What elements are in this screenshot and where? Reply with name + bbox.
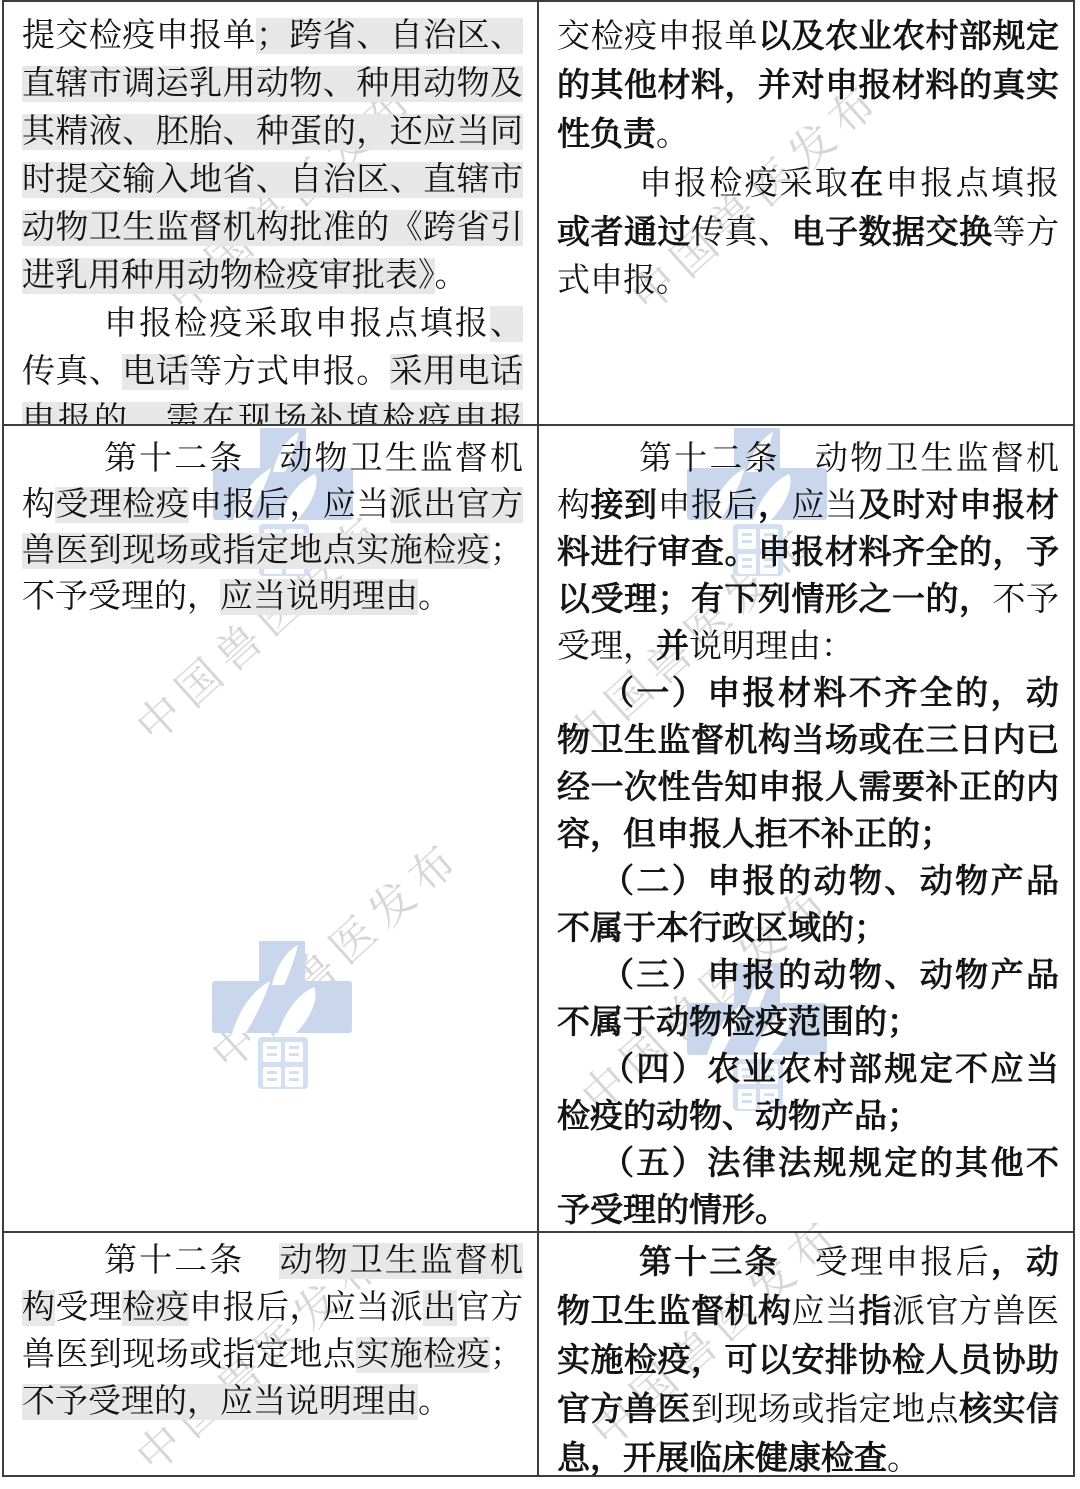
text-run: 应当 [792,488,859,524]
paragraph: 第十三条 受理申报后，动物卫生监督机构应当指派官方兽医实施检疫，可以安排协检人员… [557,1238,1059,1475]
revised-bold-text: 或者通过 [557,213,691,250]
highlighted-text: 电话 [122,354,189,390]
revised-bold-text: （三）申报的动物、动物产品不属于动物检疫范围的； [557,956,1059,1040]
text-run: 提交检疫申报单 [22,18,256,54]
text-run: 。 [887,1441,920,1475]
text-run: 。 [418,579,451,615]
revised-bold-text: 并 [656,627,689,664]
highlighted-text: 不予受理的，应当说明理由 [22,1384,418,1420]
table-cell-new-text-row3: 第十三条 受理申报后，动物卫生监督机构应当指派官方兽医实施检疫，可以安排协检人员… [539,1233,1073,1475]
text-run: ； [490,1337,523,1373]
revised-bold-text: （五）法律法规规定的其他不予受理的情形。 [557,1144,1059,1228]
table-cell-new-text-row1: 交检疫申报单以及农业农村部规定的其他材料，并对申报材料的真实性负责。申报检疫采取… [539,2,1073,426]
table-cell-old-text-row3: 第十二条 动物卫生监督机构受理检疫申报后，应当派出官方兽医到现场或指定地点实施检… [4,1233,539,1475]
revised-bold-text: 接到 [591,486,658,523]
table-cell-new-text-row2: 第十二条 动物卫生监督机构接到申报后，应当及时对申报材料进行审查。申报材料齐全的… [539,426,1073,1233]
text-run: 受理申报后 [780,1245,991,1281]
text-run: 传真、 [691,215,792,251]
paragraph: 第十二条 动物卫生监督机构接到申报后，应当及时对申报材料进行审查。申报材料齐全的… [557,436,1059,670]
text-run: 等方式申报。 [189,354,390,390]
revised-bold-text: （二）申报的动物、动物产品不属于本行政区域的； [557,862,1059,946]
revised-bold-text: （四）农业农村部规定不应当检疫的动物、动物产品； [557,1050,1059,1134]
text-run: 。 [418,1384,451,1420]
table-cell-old-text-row1: 提交检疫申报单；跨省、自治区、直辖市调运乳用动物、种用动物及其精液、胚胎、种蛋的… [4,2,539,426]
document-page: 中国兽医发布 中国兽医发布 中国兽医发布 中国兽医发布 中国兽医发布 中国兽医发… [0,0,1080,1489]
text-run: 交检疫申报单 [557,19,758,55]
text-run: 第十二条 [104,1243,279,1279]
highlighted-text: 应当说明理由 [220,579,418,615]
text-run: 申报点填报 [885,166,1059,202]
paragraph: （四）农业农村部规定不应当检疫的动物、动物产品； [557,1046,1059,1140]
highlighted-text: 检疫 [122,1290,189,1326]
highlighted-text: 实施检疫 [356,1337,490,1373]
text-run: 应当 [792,1294,859,1330]
text-run: 受理 [55,1290,122,1326]
highlighted-text: 出 [423,1290,456,1326]
paragraph: 申报检疫采取申报点填报、传真、电话等方式申报。采用电话申报的，需在现场补填检疫申… [22,300,523,426]
paragraph: （一）申报材料不齐全的，动物卫生监督机构当场或在三日内已经一次性告知申报人需要补… [557,670,1059,858]
revised-bold-text: （一）申报材料不齐全的，动物卫生监督机构当场或在三日内已经一次性告知申报人需要补… [557,674,1059,852]
highlighted-text: 、 [490,306,523,342]
revised-bold-text: 第十三条 [639,1243,780,1280]
text-run: 申报后，应当 [189,487,390,523]
paragraph: 第十二条 动物卫生监督机构受理检疫申报后，应当派出官方兽医到现场或指定地点实施检… [22,1238,523,1426]
text-run: 。 [435,258,468,294]
paragraph: 第十二条 动物卫生监督机构受理检疫申报后，应当派出官方兽医到现场或指定地点实施检… [22,436,523,620]
revised-bold-text: ， [758,486,792,523]
revised-bold-text: 电子数据交换 [792,213,993,250]
text-run: 申报检疫采取 [639,166,850,202]
text-run: 传真、 [22,354,122,390]
text-run: 到现场或指定地点 [691,1392,959,1428]
text-run: 说明理由： [689,629,854,665]
comparison-table: 提交检疫申报单；跨省、自治区、直辖市调运乳用动物、种用动物及其精液、胚胎、种蛋的… [2,0,1075,1477]
paragraph: （三）申报的动物、动物产品不属于动物检疫范围的； [557,952,1059,1046]
paragraph: 申报检疫采取在申报点填报或者通过传真、电子数据交换等方式申报。 [557,159,1059,305]
text-run: 派官方兽医 [892,1294,1059,1330]
paragraph: （二）申报的动物、动物产品不属于本行政区域的； [557,858,1059,952]
revised-bold-text: 指 [859,1292,893,1329]
text-run: 申报后，应当派 [189,1290,423,1326]
text-run: 。 [656,117,689,153]
text-run: 申报后 [658,488,759,524]
highlighted-text: ；跨省、自治区、直辖市调运乳用动物、种用动物及其精液、胚胎、种蛋的，还应当同时提… [22,18,523,294]
text-run: 申报检疫采取申报点填报 [104,306,490,342]
highlighted-text: 受理检疫 [55,487,189,523]
revised-bold-text: 在 [850,164,885,201]
paragraph: （五）法律法规规定的其他不予受理的情形。 [557,1140,1059,1233]
table-cell-old-text-row2: 第十二条 动物卫生监督机构受理检疫申报后，应当派出官方兽医到现场或指定地点实施检… [4,426,539,1233]
paragraph: 提交检疫申报单；跨省、自治区、直辖市调运乳用动物、种用动物及其精液、胚胎、种蛋的… [22,12,523,300]
paragraph: 交检疫申报单以及农业农村部规定的其他材料，并对申报材料的真实性负责。 [557,12,1059,159]
